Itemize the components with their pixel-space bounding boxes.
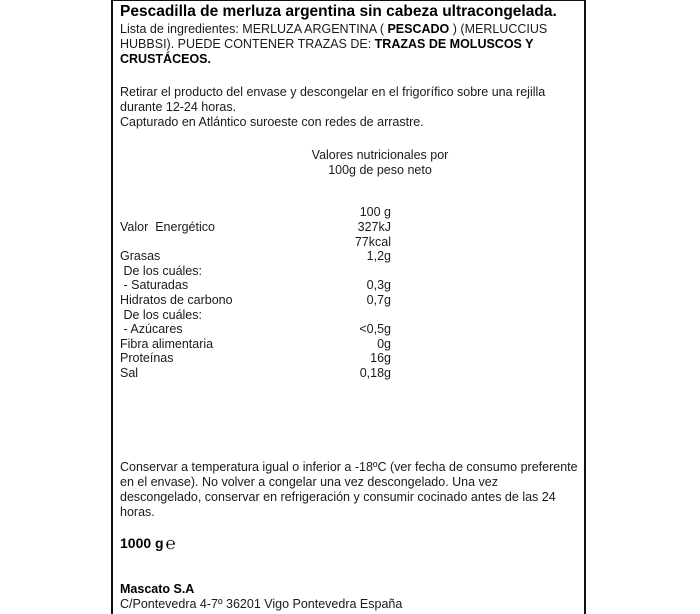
catch-origin: Capturado en Atlántico suroeste con rede… [120,115,424,130]
nutrition-column-header: 100 g [331,205,391,220]
nutrition-row-label: De los cuáles: [120,264,202,279]
storage-line: Conservar a temperatura igual o inferior… [120,460,578,475]
company-name: Mascato S.A [120,582,194,597]
ingredients-text: ) (MERLUCCIUS [449,22,547,36]
nutrition-row-value: 0,18g [331,366,391,381]
thaw-line: Retirar el producto del envase y descong… [120,85,545,100]
ingredients-text: Lista de ingredientes: MERLUZA ARGENTINA… [120,22,387,36]
nutrition-row-label: - Azúcares [120,322,183,337]
nutrition-row-value: 0,7g [331,293,391,308]
nutrition-row-label: Grasas [120,249,160,264]
nutrition-row-label: - Saturadas [120,278,188,293]
nutrition-row-label: De los cuáles: [120,308,202,323]
allergen-traces: TRAZAS DE MOLUSCOS Y [375,37,534,51]
nutrition-header: Valores nutricionales por 100g de peso n… [300,148,460,178]
nutrition-row-label: Fibra alimentaria [120,337,213,352]
traces-text: HUBBSI). PUEDE CONTENER TRAZAS DE: [120,37,375,51]
storage-line: descongelado, conservar en refrigeración… [120,490,578,505]
nutrition-row-label: Hidratos de carbono [120,293,233,308]
net-weight: 1000 g℮ [120,536,176,551]
storage-instructions: Conservar a temperatura igual o inferior… [120,460,578,520]
nutrition-row-value: 0g [331,337,391,352]
storage-line: horas. [120,505,578,520]
nutrition-row-value: 77kcal [331,235,391,250]
nutrition-row-value: 0,3g [331,278,391,293]
company-address: C/Pontevedra 4-7º 36201 Vigo Pontevedra … [120,597,402,612]
ingredients-list: Lista de ingredientes: MERLUZA ARGENTINA… [120,22,547,67]
nutrition-row-label: Proteínas [120,351,174,366]
nutrition-header-line: Valores nutricionales por [300,148,460,163]
nutrition-row-value: <0,5g [331,322,391,337]
nutrition-row-value: 1,2g [331,249,391,264]
nutrition-row-value: 327kJ [331,220,391,235]
product-title: Pescadilla de merluza argentina sin cabe… [120,3,557,21]
storage-line: en el envase). No volver a congelar una … [120,475,578,490]
nutrition-row-value: 16g [331,351,391,366]
nutrition-header-line: 100g de peso neto [300,163,460,178]
allergen-fish: PESCADO [387,22,449,36]
allergen-traces-cont: CRUSTÁCEOS. [120,52,547,67]
thaw-instructions: Retirar el producto del envase y descong… [120,85,545,115]
estimated-sign-icon: ℮ [166,537,176,551]
nutrition-row-label: Sal [120,366,138,381]
nutrition-row-label: Valor Energético [120,220,215,235]
net-weight-value: 1000 g [120,535,164,551]
thaw-line: durante 12-24 horas. [120,100,545,115]
